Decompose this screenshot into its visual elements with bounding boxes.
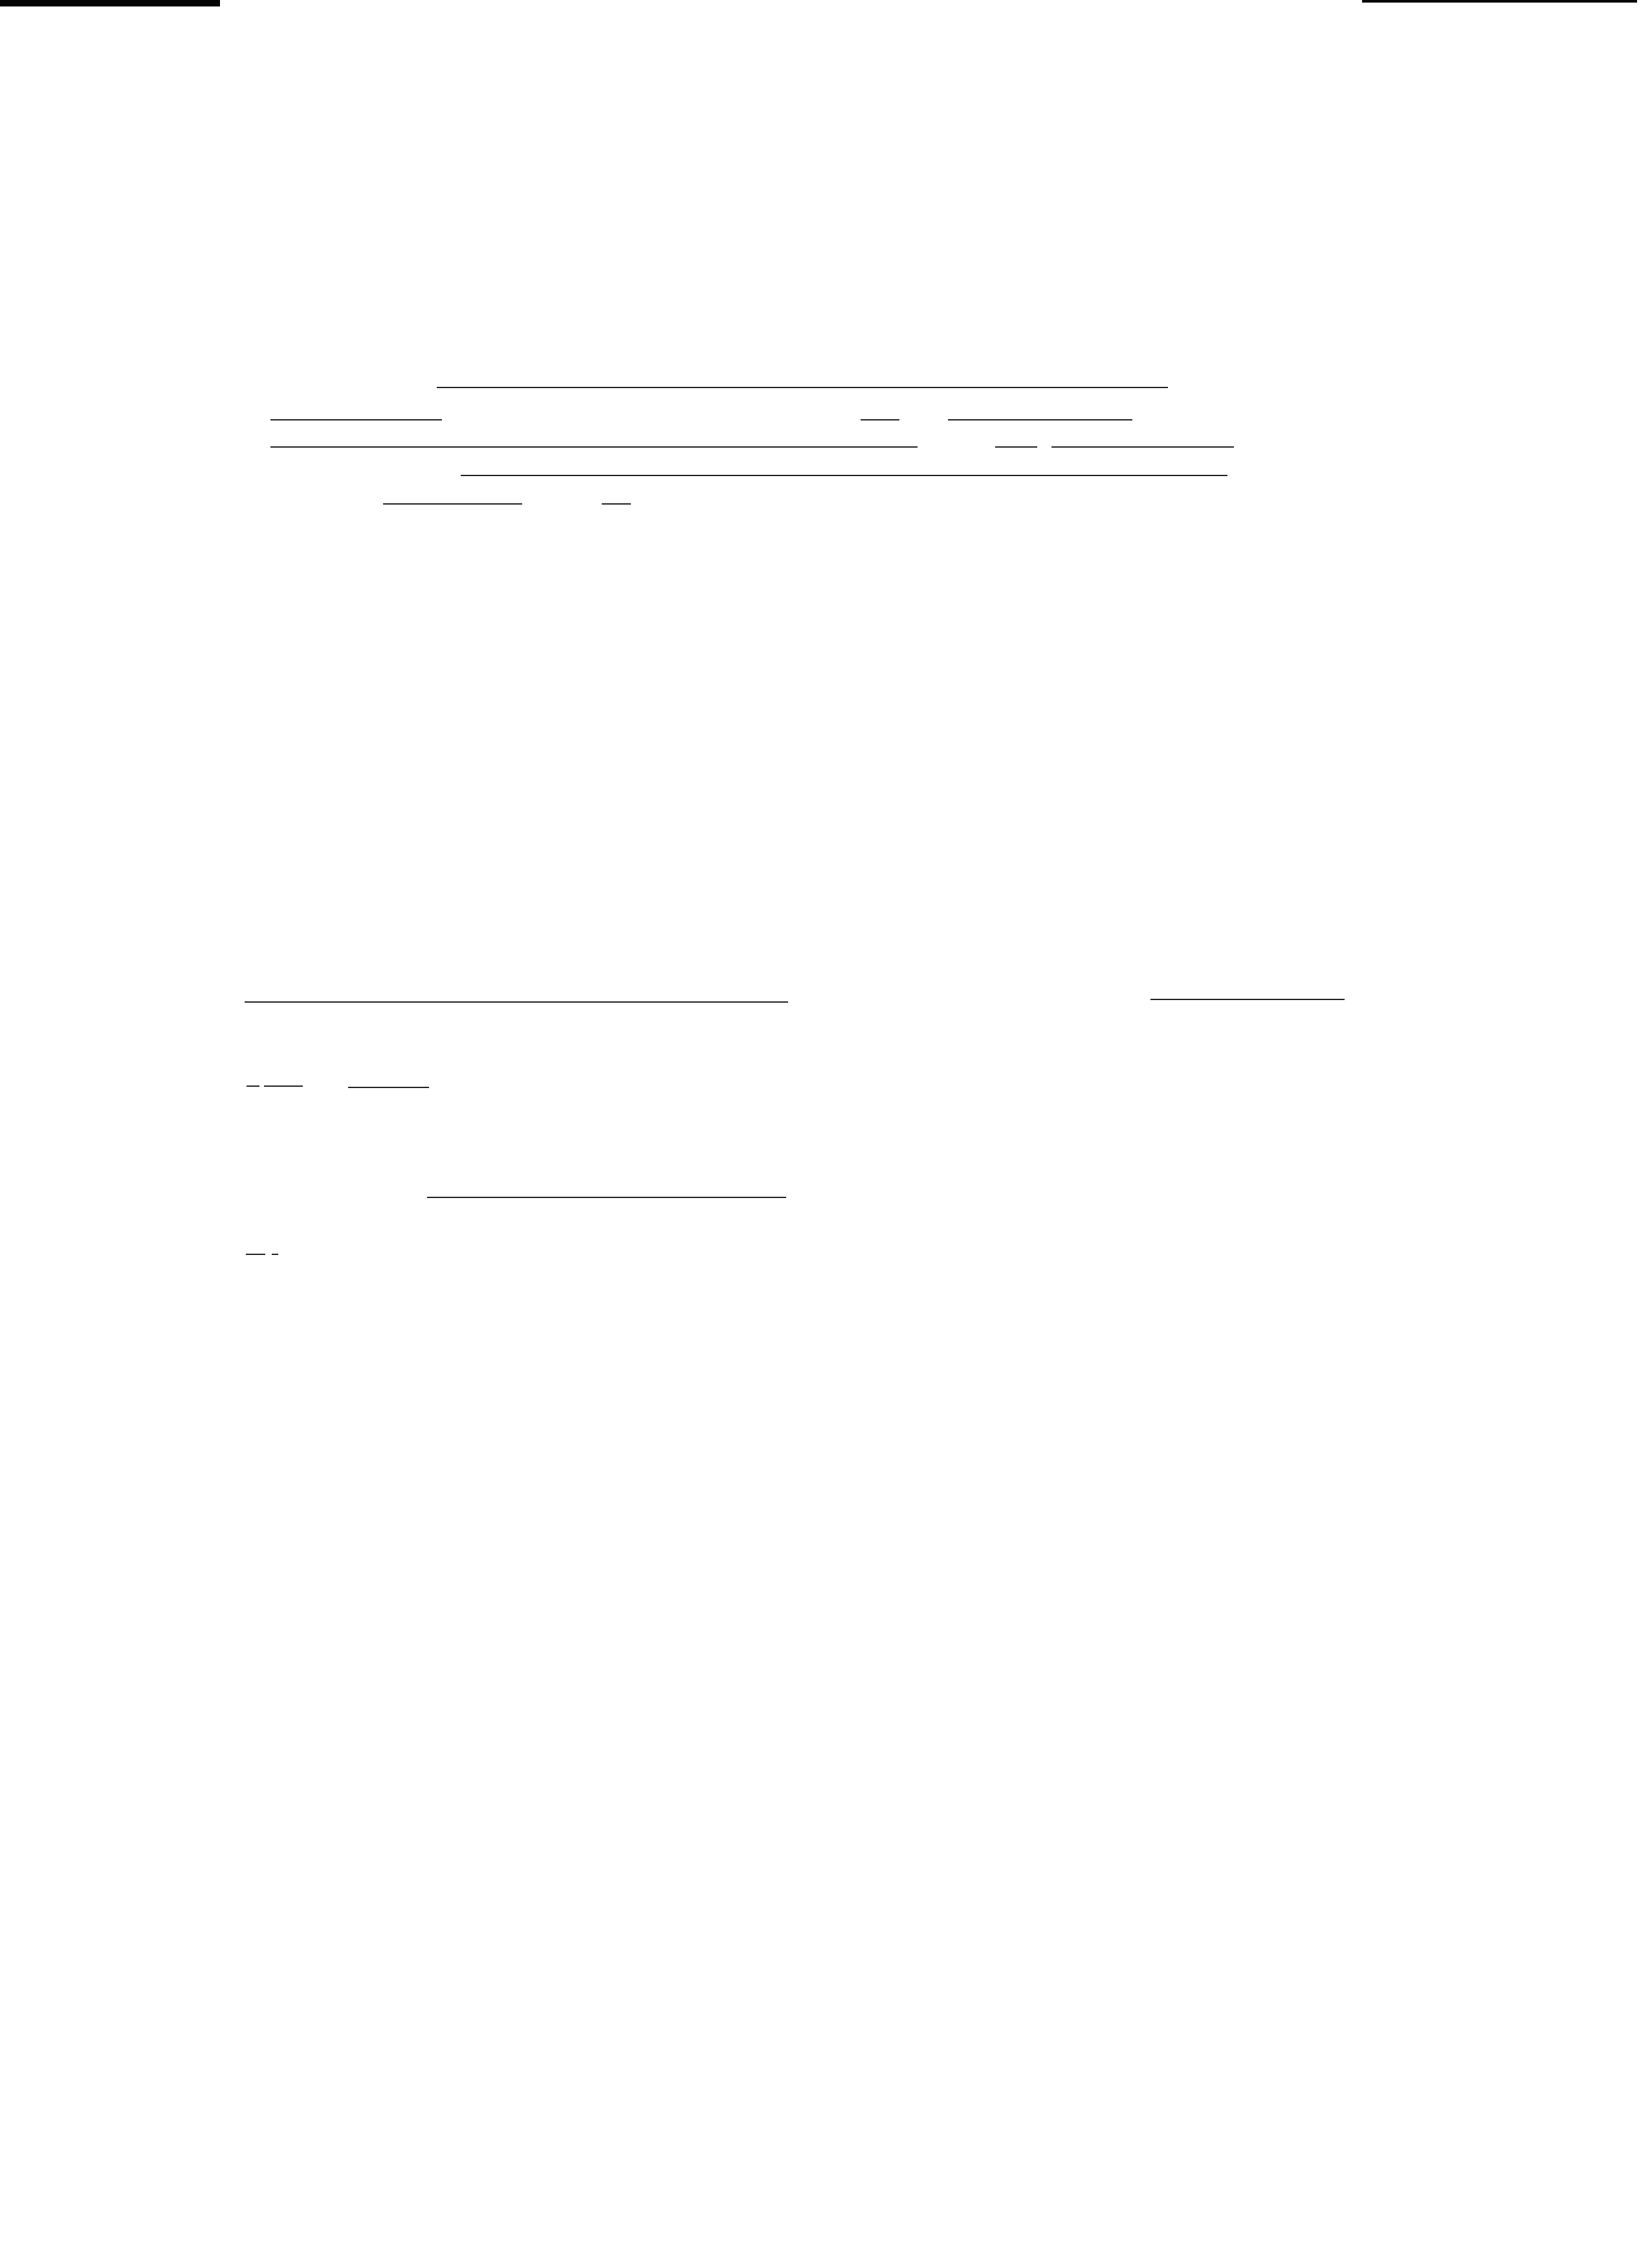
passport-issuer-field[interactable] xyxy=(270,446,918,448)
consent-year-field[interactable] xyxy=(602,503,631,505)
full-name-field[interactable] xyxy=(437,387,1168,388)
sign-day-field[interactable] xyxy=(247,1085,259,1087)
registration-address-field[interactable] xyxy=(461,475,1227,476)
verify-day-field-50[interactable] xyxy=(272,1254,278,1255)
scan-edge-artifact-left xyxy=(0,0,220,6)
verified-person-field[interactable] xyxy=(427,1197,786,1198)
sign-month-field[interactable] xyxy=(264,1085,303,1087)
verify-day-field[interactable] xyxy=(246,1254,265,1255)
issue-month-year-field[interactable] xyxy=(1051,446,1234,448)
passport-number-field[interactable] xyxy=(948,419,1132,420)
full-name-signature-field[interactable] xyxy=(245,1001,788,1003)
birth-year-field[interactable] xyxy=(270,419,442,420)
signature-field[interactable] xyxy=(1150,999,1345,1000)
passport-series-field[interactable] xyxy=(861,419,899,420)
sign-month-field-2[interactable] xyxy=(348,1087,429,1088)
issue-day-field[interactable] xyxy=(995,446,1037,448)
consent-date-field[interactable] xyxy=(383,503,522,505)
scan-edge-artifact-right xyxy=(1362,0,1637,3)
